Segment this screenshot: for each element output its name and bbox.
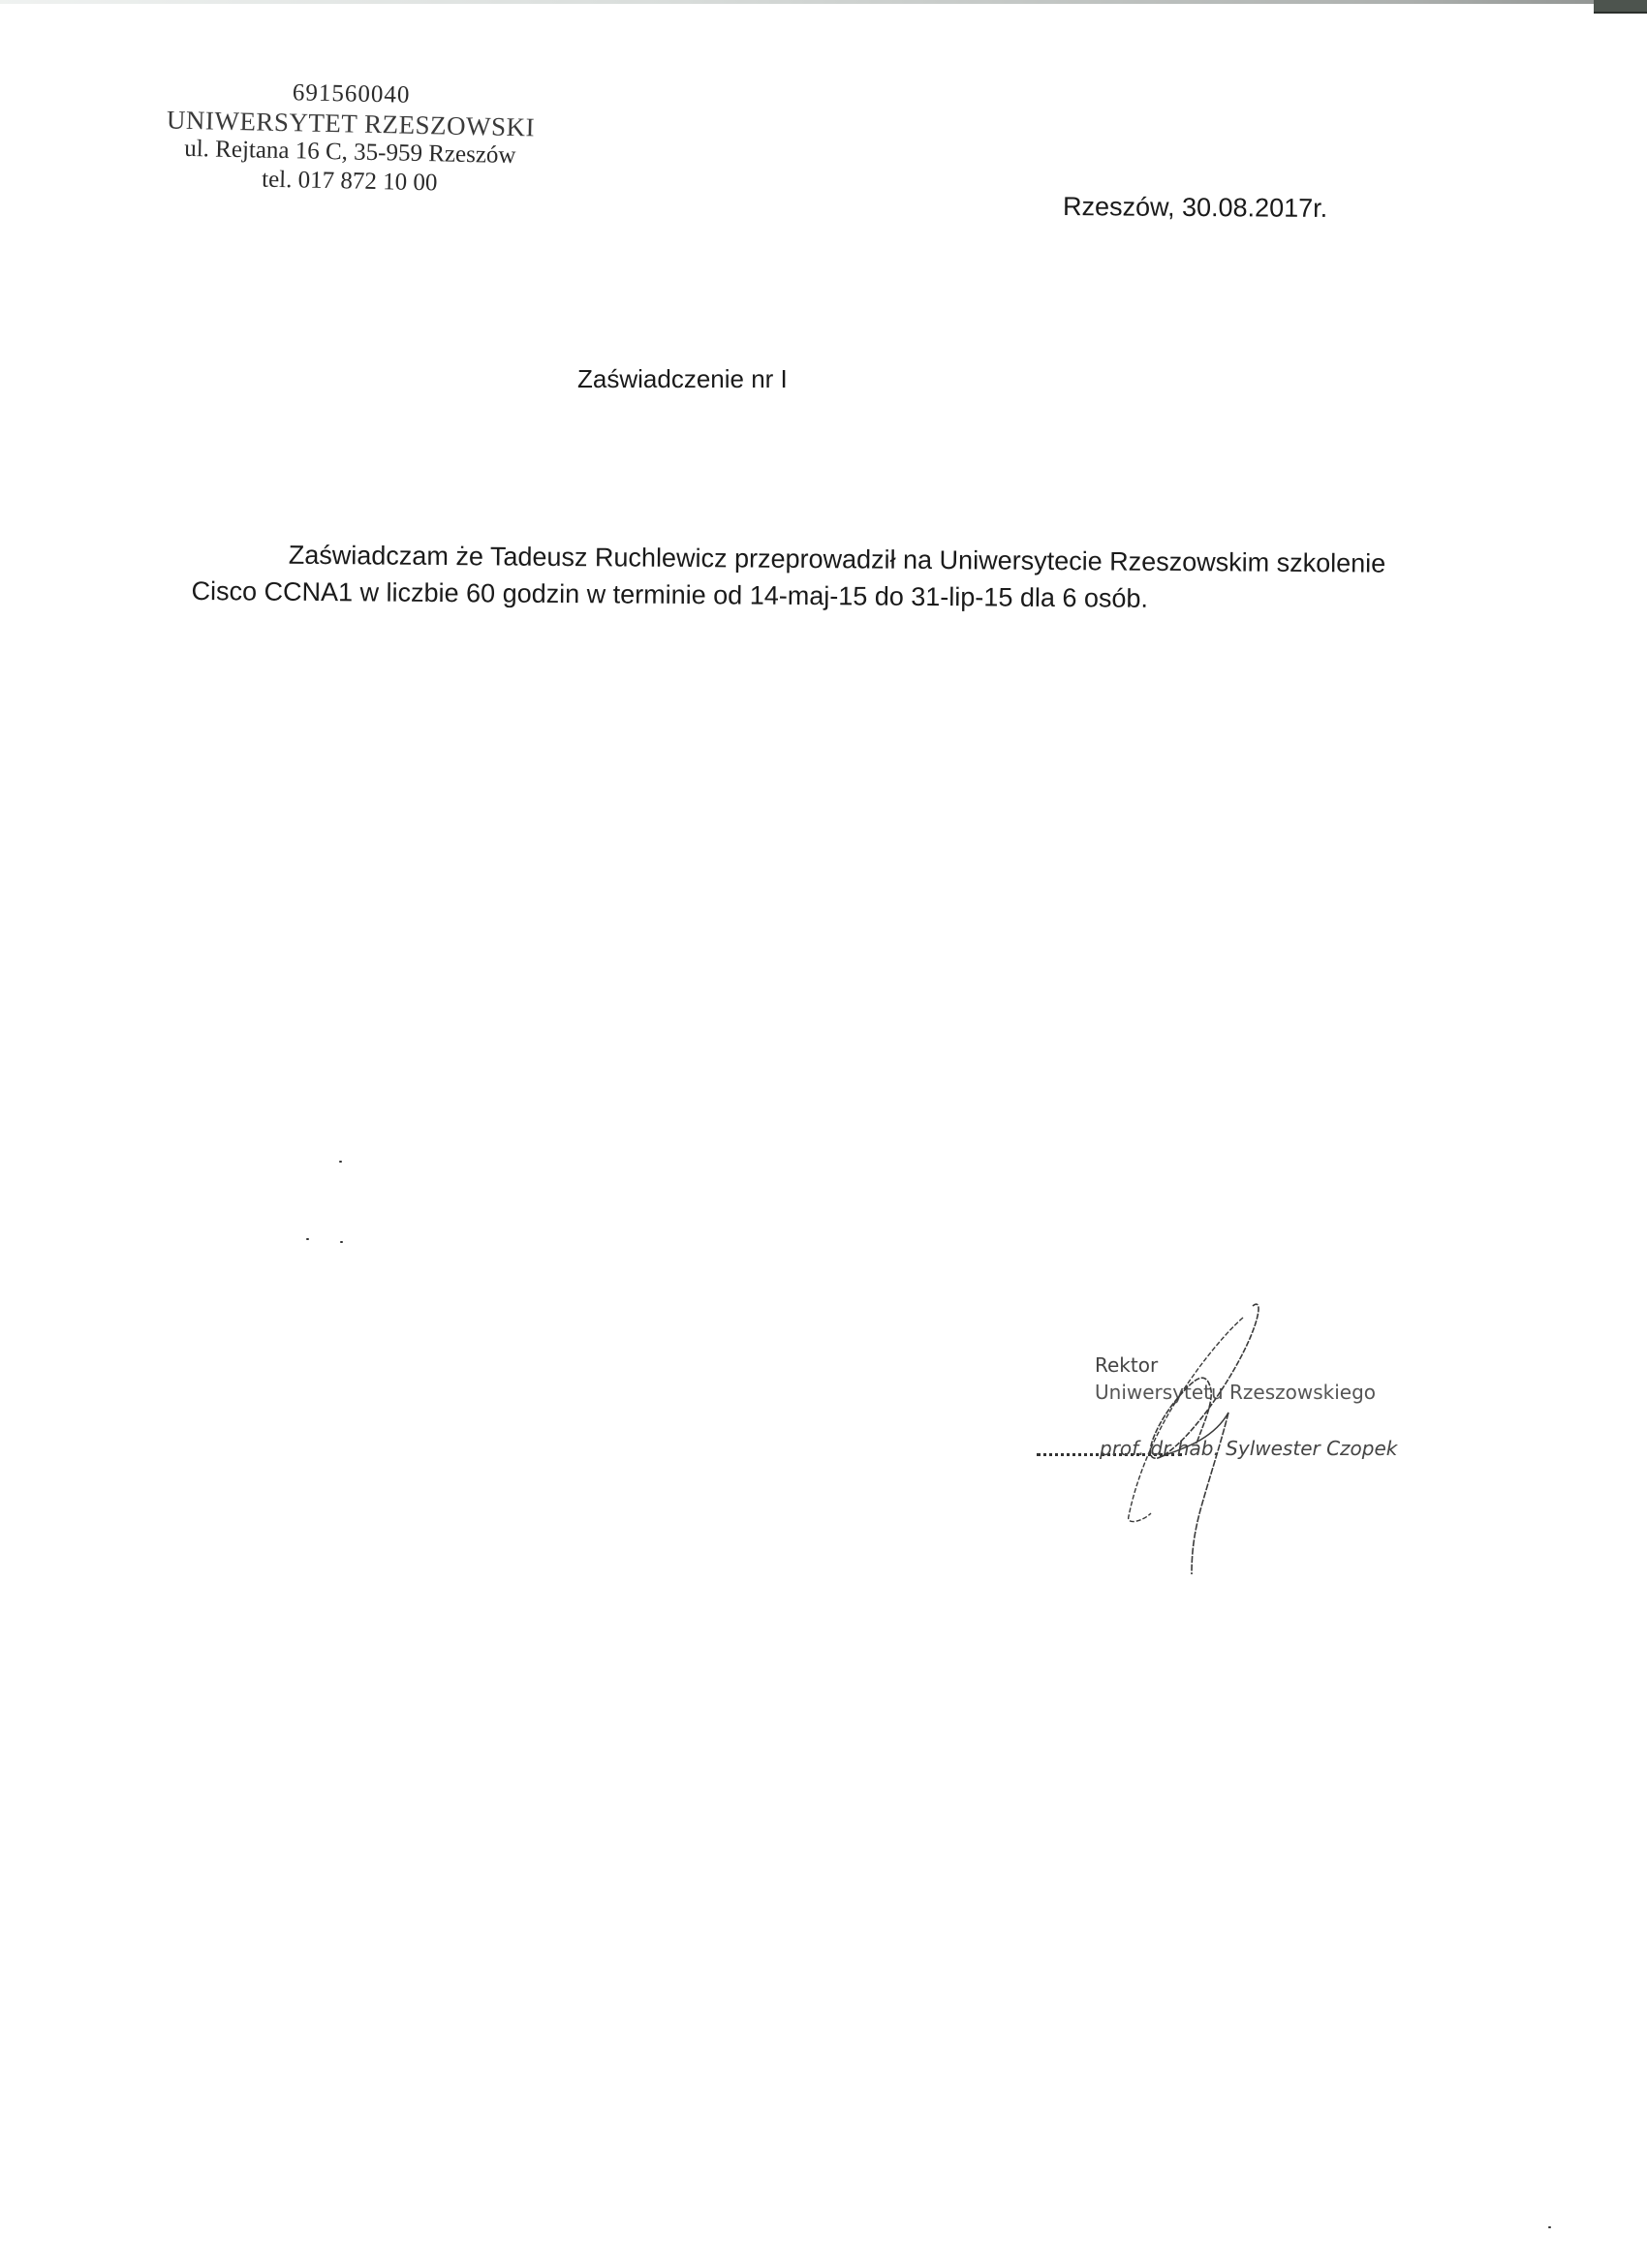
place-and-date: Rzeszów, 30.08.2017r. [1063, 192, 1327, 224]
scan-speck [1548, 2226, 1551, 2228]
signature-block: Rektor Uniwersytetu Rzeszowskiego [1095, 1351, 1376, 1406]
certificate-body: Zaświadczam że Tadeusz Ruchlewicz przepr… [191, 536, 1451, 619]
scan-edge-top [0, 0, 1647, 4]
document-title: Zaświadczenie nr I [577, 364, 788, 394]
institution-stamp: 691560040 UNIWERSYTET RZESZOWSKI ul. Rej… [140, 76, 559, 201]
signatory-name: prof. dr hab. Sylwester Czopek [1100, 1437, 1397, 1460]
scan-speck [340, 1241, 343, 1243]
scan-tab-artifact [1594, 0, 1647, 14]
scan-speck [339, 1161, 342, 1163]
signatory-role: Rektor [1095, 1351, 1376, 1379]
scan-speck [306, 1238, 309, 1240]
signatory-institution: Uniwersytetu Rzeszowskiego [1095, 1379, 1376, 1406]
